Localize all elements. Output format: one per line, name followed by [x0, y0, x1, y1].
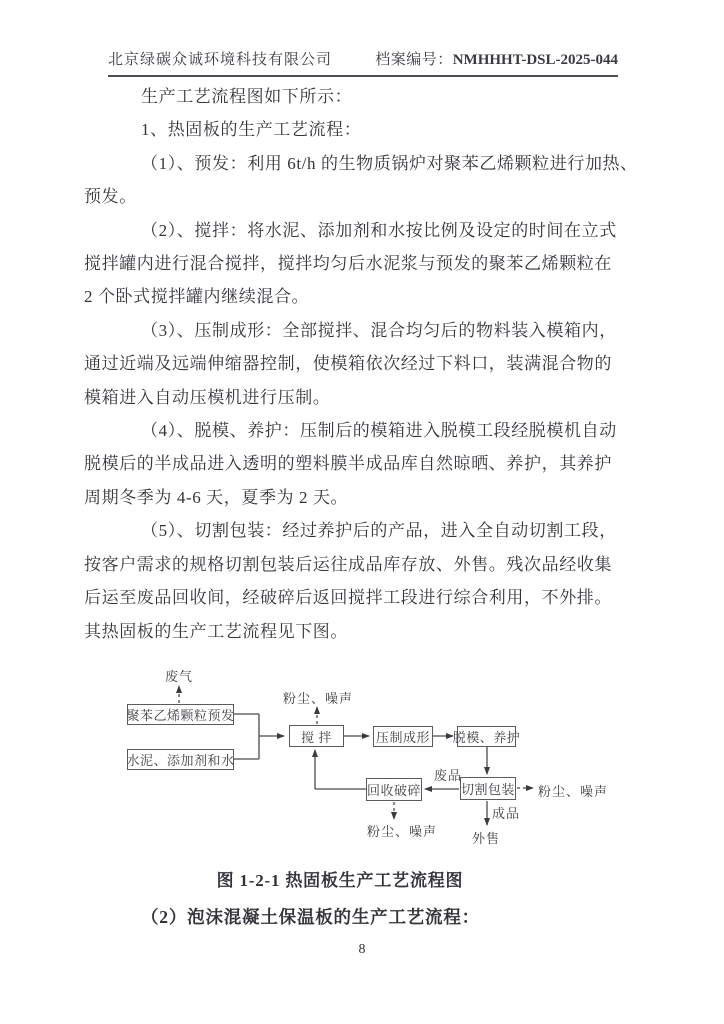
body-text: 生产工艺流程图如下所示： 1、热固板的生产工艺流程： （1）、预发：利用 6t/…: [84, 80, 596, 648]
diagram-box-mixing: 搅 拌: [289, 725, 344, 747]
diagram-box-pressing: 压制成形: [373, 726, 433, 747]
page-number: 8: [0, 942, 724, 958]
text-line: 1、热固板的生产工艺流程：: [84, 113, 596, 146]
text-line: 脱模后的半成品进入透明的塑料膜半成品库自然晾晒、养护，其养护: [84, 447, 596, 480]
diagram-box-prefoam: 聚苯乙烯颗粒预发: [127, 704, 234, 725]
file-number-value: NMHHHT-DSL-2025-044: [453, 52, 618, 68]
text-line: 搅拌罐内进行混合搅拌，搅拌均匀后水泥浆与预发的聚苯乙烯颗粒在: [84, 247, 596, 280]
label-waste-gas: 废气: [165, 666, 193, 685]
text-line: （3）、压制成形：全部搅拌、混合均匀后的物料装入模箱内，: [84, 314, 596, 347]
label-finished-product: 成品: [492, 803, 520, 822]
diagram-box-crushing: 回收破碎: [366, 778, 422, 801]
flow-arrows: [0, 655, 724, 855]
label-scrap: 废品: [434, 765, 462, 784]
diagram-box-demolding: 脱模、养护: [457, 726, 516, 747]
text-line: （5）、切割包装：经过养护后的产品，进入全自动切割工段，: [84, 514, 596, 547]
label-dust-noise-cutting: 粉尘、噪声: [538, 781, 608, 800]
text-line: 生产工艺流程图如下所示：: [84, 80, 596, 113]
diagram-box-materials: 水泥、添加剂和水: [127, 749, 234, 770]
text-line: 通过近端及远端伸缩器控制，使模箱依次经过下料口，装满混合物的: [84, 347, 596, 380]
diagram-box-cutting: 切割包装: [460, 777, 516, 800]
text-line: 按客户需求的规格切割包装后运往成品库存放、外售。残次品经收集: [84, 548, 596, 581]
label-external-sale: 外售: [472, 828, 500, 847]
text-line: 2 个卧式搅拌罐内继续混合。: [84, 280, 596, 313]
file-number-label: 档案编号：: [375, 52, 453, 68]
label-dust-noise-crushing: 粉尘、噪声: [367, 821, 437, 840]
flow-diagram: 聚苯乙烯颗粒预发 水泥、添加剂和水 搅 拌 压制成形 脱模、养护 回收破碎 切割…: [0, 655, 724, 855]
company-name: 北京绿碳众诚环境科技有限公司: [108, 48, 332, 69]
file-number: 档案编号：NMHHHT-DSL-2025-044: [375, 48, 618, 69]
text-line: 模箱进入自动压模机进行压制。: [84, 381, 596, 414]
page-header: 北京绿碳众诚环境科技有限公司 档案编号：NMHHHT-DSL-2025-044: [108, 48, 618, 77]
text-line: （4）、脱模、养护：压制后的模箱进入脱模工段经脱模机自动: [84, 414, 596, 447]
text-line: 周期冬季为 4-6 天，夏季为 2 天。: [84, 481, 596, 514]
label-dust-noise-mixing: 粉尘、噪声: [283, 688, 353, 707]
text-line: 后运至废品回收间，经破碎后返回搅拌工段进行综合利用，不外排。: [84, 581, 596, 614]
section-2-title: （2）泡沫混凝土保温板的生产工艺流程：: [141, 904, 480, 929]
figure-caption: 图 1-2-1 热固板生产工艺流程图: [84, 866, 596, 891]
text-line: 其热固板的生产工艺流程见下图。: [84, 615, 596, 648]
document-page: 北京绿碳众诚环境科技有限公司 档案编号：NMHHHT-DSL-2025-044 …: [0, 0, 724, 1024]
text-line: （2）、搅拌：将水泥、添加剂和水按比例及设定的时间在立式: [84, 214, 596, 247]
text-line: （1）、预发：利用 6t/h 的生物质锅炉对聚苯乙烯颗粒进行加热、: [84, 147, 596, 180]
text-line: 预发。: [84, 180, 596, 213]
